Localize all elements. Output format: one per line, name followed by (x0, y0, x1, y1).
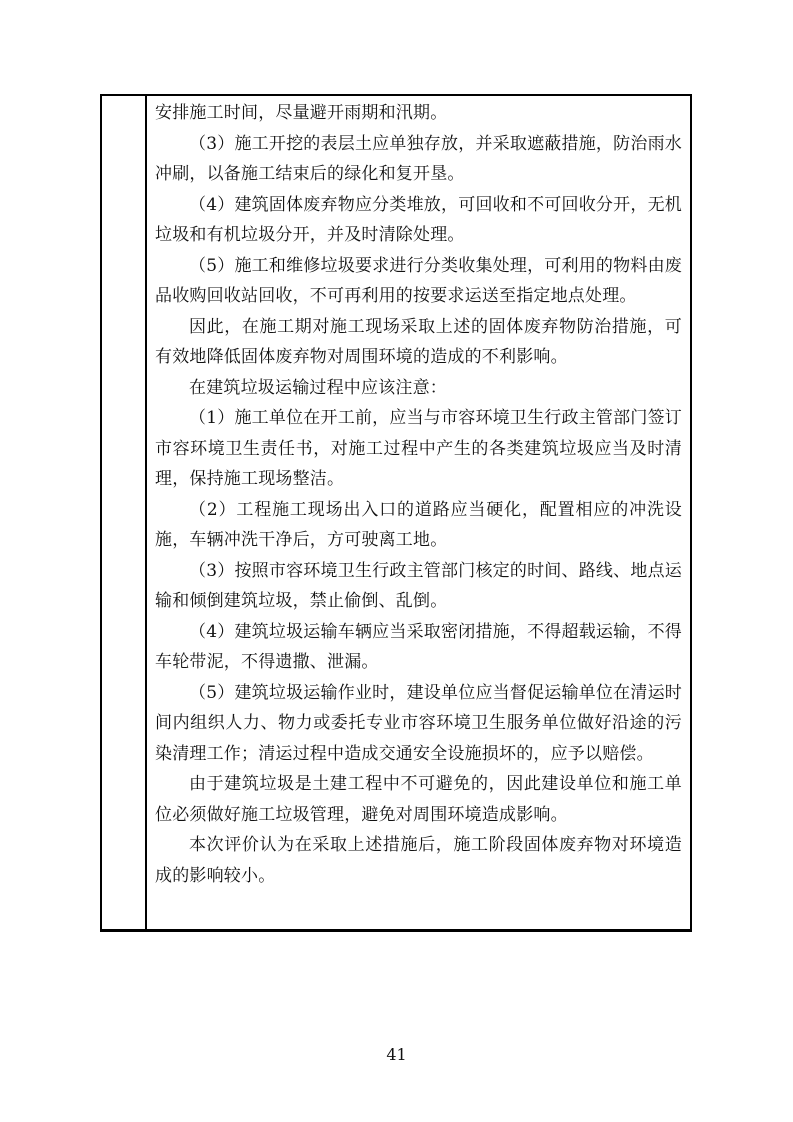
paragraph: 在建筑垃圾运输过程中应该注意： (155, 373, 682, 404)
row-label-cell (102, 96, 147, 929)
paragraph: （5）施工和维修垃圾要求进行分类收集处理，可利用的物料由废品收购回收站回收，不可… (155, 251, 682, 312)
document-page: 安排施工时间，尽量避开雨期和汛期。 （3）施工开挖的表层土应单独存放，并采取遮蔽… (0, 0, 793, 1122)
doc-table: 安排施工时间，尽量避开雨期和汛期。 （3）施工开挖的表层土应单独存放，并采取遮蔽… (100, 94, 692, 932)
paragraph: （4）建筑垃圾运输车辆应当采取密闭措施，不得超载运输，不得车轮带泥，不得遗撒、泄… (155, 617, 682, 678)
paragraph: （4）建筑固体废弃物应分类堆放，可回收和不可回收分开，无机垃圾和有机垃圾分开，并… (155, 190, 682, 251)
page-number: 41 (0, 1044, 793, 1066)
paragraph: （1）施工单位在开工前，应当与市容环境卫生行政主管部门签订市容环境卫生责任书，对… (155, 403, 682, 495)
paragraph: （5）建筑垃圾运输作业时，建设单位应当督促运输单位在清运时间内组织人力、物力或委… (155, 678, 682, 770)
paragraph: （2）工程施工现场出入口的道路应当硬化，配置相应的冲洗设施，车辆冲洗干净后，方可… (155, 495, 682, 556)
paragraph: 由于建筑垃圾是土建工程中不可避免的，因此建设单位和施工单位必须做好施工垃圾管理，… (155, 769, 682, 830)
paragraph: 安排施工时间，尽量避开雨期和汛期。 (155, 98, 682, 129)
content-cell: 安排施工时间，尽量避开雨期和汛期。 （3）施工开挖的表层土应单独存放，并采取遮蔽… (147, 96, 690, 929)
paragraph: （3）施工开挖的表层土应单独存放，并采取遮蔽措施，防治雨水冲刷，以备施工结束后的… (155, 129, 682, 190)
paragraph: （3）按照市容环境卫生行政主管部门核定的时间、路线、地点运输和倾倒建筑垃圾，禁止… (155, 556, 682, 617)
paragraph: 本次评价认为在采取上述措施后，施工阶段固体废弃物对环境造成的影响较小。 (155, 830, 682, 891)
paragraph: 因此，在施工期对施工现场采取上述的固体废弃物防治措施，可有效地降低固体废弃物对周… (155, 312, 682, 373)
